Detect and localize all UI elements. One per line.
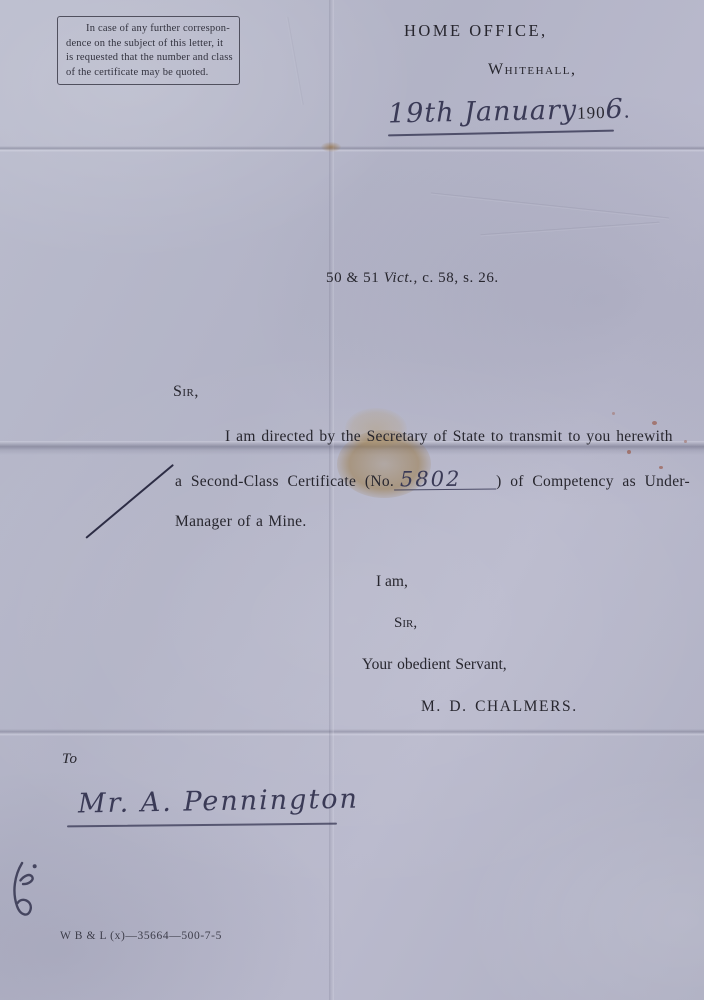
body-line-1: I am directed by the Secretary of State … <box>225 428 673 446</box>
stain-mark <box>321 142 341 152</box>
wrinkle-mark <box>431 192 670 219</box>
date-period: . <box>624 97 630 122</box>
addressee-to-label: To <box>62 751 77 768</box>
addressee-underline <box>67 823 337 828</box>
printer-mark: W B & L (x)—35664—500-7-5 <box>60 930 222 942</box>
notice-line: is requested that the number and class <box>66 51 231 66</box>
statute-citation: 50 & 51 Vict., c. 58, s. 26. <box>326 270 499 287</box>
body-line-2-pre: a Second-Class Certificate (No. <box>175 473 394 490</box>
correspondence-notice-box: In case of any further correspon- dence … <box>57 16 240 85</box>
letterhead-location: Whitehall, <box>488 61 576 79</box>
statute-pre: 50 & 51 <box>326 270 384 286</box>
speck-mark <box>612 412 615 415</box>
date-line: 19th January1906. <box>388 93 630 129</box>
certificate-number-handwritten: 5802 <box>394 471 496 491</box>
date-year-printed: 190 <box>577 103 606 123</box>
statute-post: c. 58, s. 26. <box>418 270 499 286</box>
scanned-letter-page: In case of any further correspon- dence … <box>0 0 704 1000</box>
notice-line: In case of any further correspon- <box>66 22 231 37</box>
fold-crease-top <box>0 146 704 152</box>
date-day-month-handwritten: 19th January <box>388 95 578 130</box>
speck-mark <box>652 421 657 425</box>
ink-initials-mark <box>0 855 50 926</box>
speck-mark <box>627 450 631 454</box>
speck-mark <box>684 440 687 443</box>
notice-line: of the certificate may be quoted. <box>66 66 231 81</box>
notice-line: dence on the subject of this letter, it <box>66 37 231 52</box>
body-line-2-post: ) of Competency as Under- <box>496 473 690 490</box>
closing-i-am: I am, <box>376 573 408 591</box>
salutation: Sir, <box>173 383 199 401</box>
addressee-name-handwritten: Mr. A. Pennington <box>78 784 359 820</box>
wrinkle-mark <box>286 17 304 106</box>
statute-vict: Vict., <box>384 270 418 286</box>
ink-dot <box>32 864 37 869</box>
letterhead-office: HOME OFFICE, <box>404 21 548 41</box>
date-year-handwritten: 6 <box>605 94 624 125</box>
speck-mark <box>659 466 663 469</box>
fold-crease-bottom <box>0 729 704 736</box>
closing-sir: Sir, <box>394 615 417 632</box>
body-line-2: a Second-Class Certificate (No.5802) of … <box>175 471 690 491</box>
body-line-3: Manager of a Mine. <box>175 513 307 531</box>
date-underline <box>388 130 614 137</box>
wrinkle-mark <box>480 222 660 237</box>
pen-stroke-mark <box>85 464 174 539</box>
closing-servant: Your obedient Servant, <box>362 656 507 674</box>
fold-crease-vertical <box>329 0 334 1000</box>
signature-name: M. D. CHALMERS. <box>421 698 578 716</box>
